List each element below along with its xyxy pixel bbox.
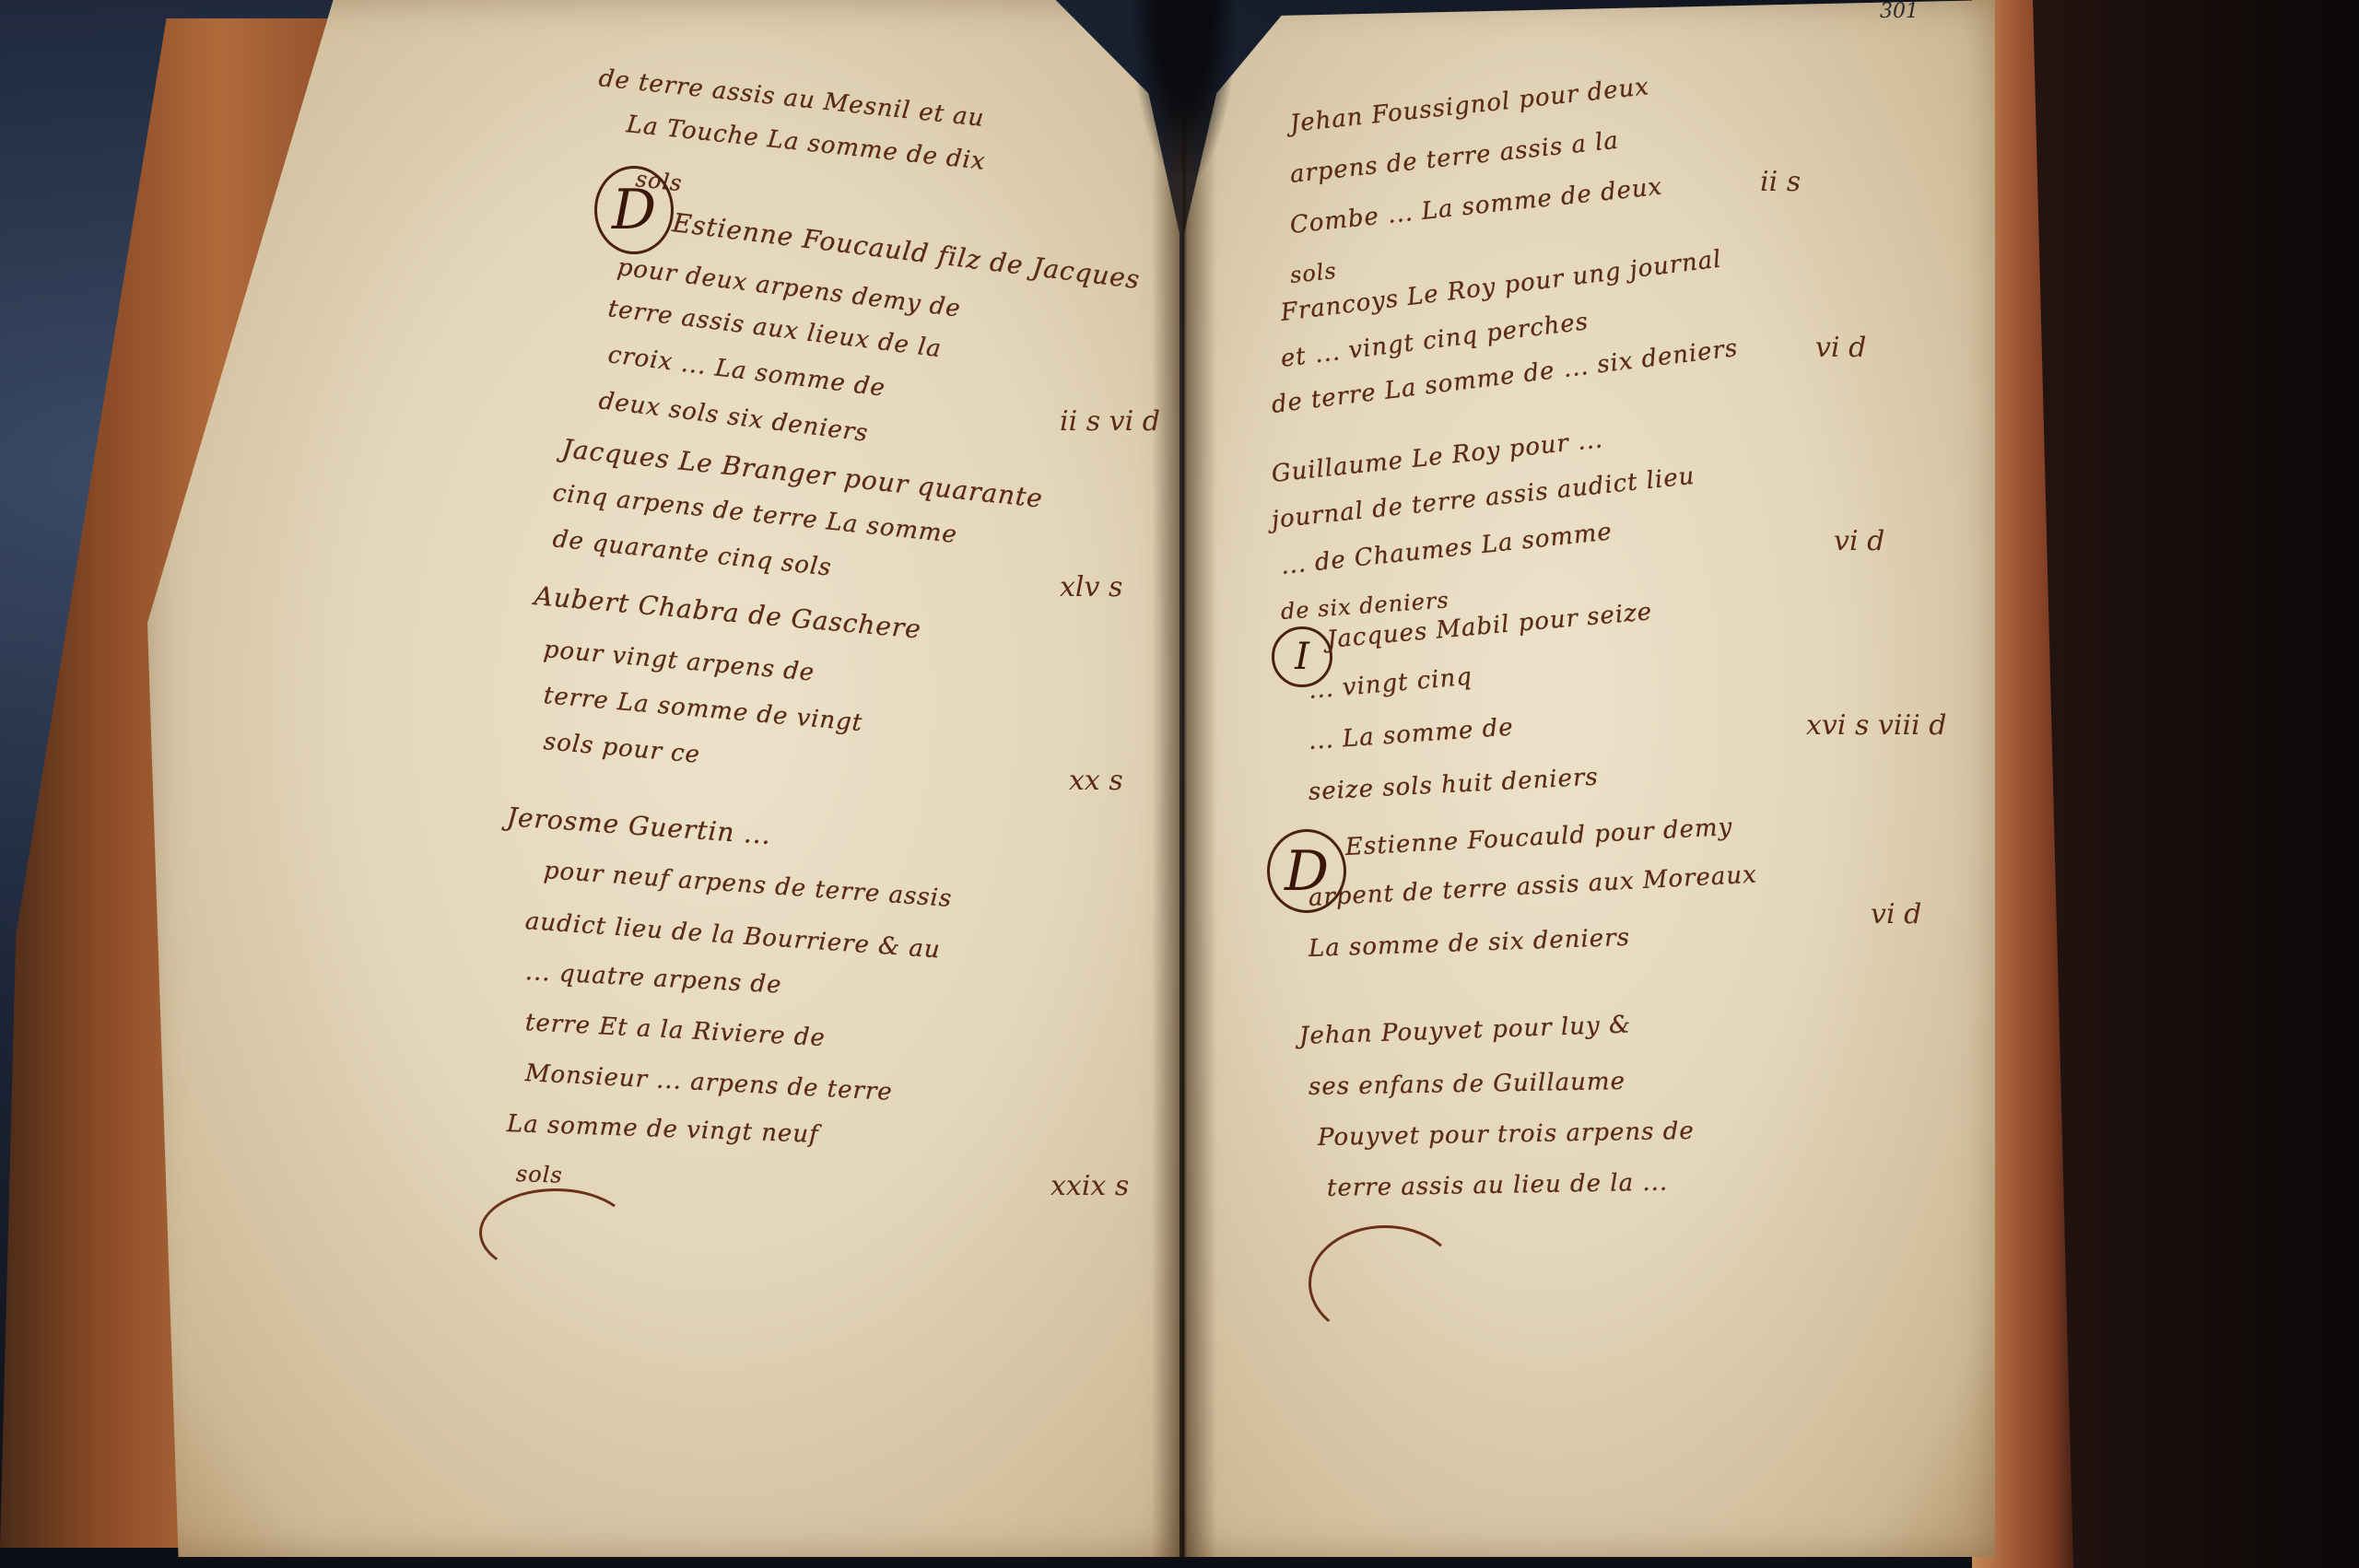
margin-sum: vi d xyxy=(1815,332,1866,364)
margin-sum: vi d xyxy=(1834,525,1884,557)
page-number: 301 xyxy=(1880,0,1919,23)
margin-sum: xlv s xyxy=(1060,571,1122,603)
manuscript-line: sols xyxy=(516,1161,564,1188)
margin-sum: xxix s xyxy=(1050,1170,1129,1202)
margin-sum: xvi s viii d xyxy=(1806,709,1946,742)
margin-sum: xx s xyxy=(1069,765,1123,797)
margin-sum: vi d xyxy=(1871,898,1921,930)
margin-sum: ii s xyxy=(1760,166,1801,198)
manuscript-line: sols xyxy=(1289,258,1338,288)
flourish-signature xyxy=(1309,1225,1461,1341)
manuscript-line: ses enfans de Guillaume xyxy=(1309,1068,1625,1101)
flourish-signature xyxy=(479,1188,632,1277)
gutter-shadow xyxy=(1133,0,1235,175)
decorated-initial: D xyxy=(594,166,674,254)
book-gutter xyxy=(1152,0,1216,1557)
open-manuscript-book: 301 de terre assis au Mesnil et au La To… xyxy=(0,0,2359,1568)
margin-sum: ii s vi d xyxy=(1060,405,1160,438)
